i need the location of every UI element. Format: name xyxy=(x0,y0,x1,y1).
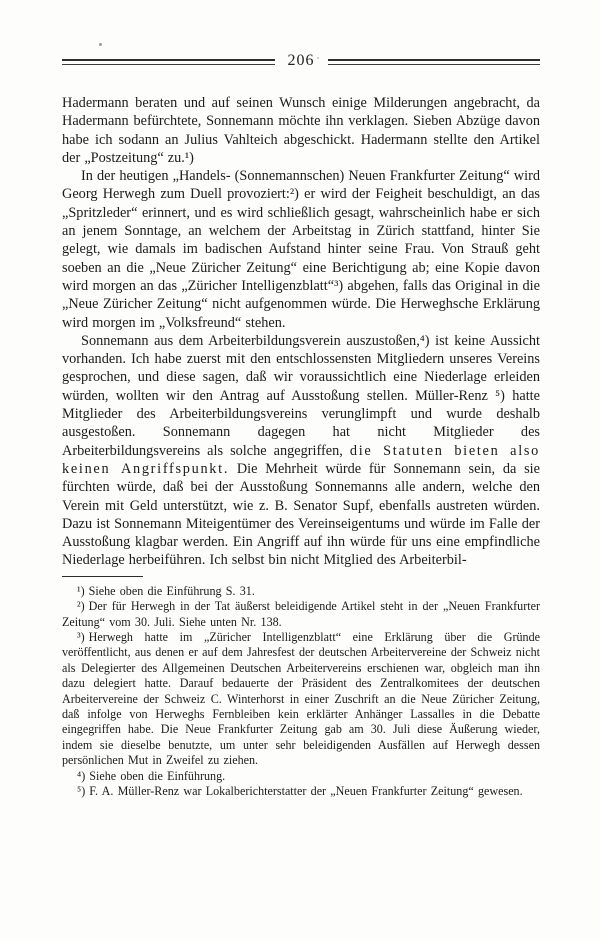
footnote-4-marker: ⁴) xyxy=(77,769,85,783)
footnote-3-marker: ³) xyxy=(77,630,85,644)
footnote-2-marker: ²) xyxy=(77,599,85,613)
footnote-1: ¹)Siehe oben die Einführung S. 31. xyxy=(62,584,540,599)
paragraph-1-text: Hadermann beraten und auf seinen Wunsch … xyxy=(62,95,540,166)
footnote-4-text: Siehe oben die Einführung. xyxy=(89,769,225,783)
book-page: 206 Hadermann beraten und auf seinen Wun… xyxy=(62,0,540,941)
paragraph-2-text: In der heutigen „Handels- (Sonnemannsche… xyxy=(62,168,540,330)
footnote-5-marker: ⁵) xyxy=(77,784,85,798)
header-rule-left xyxy=(62,59,275,65)
paragraph-3: Sonnemann aus dem Arbeiterbildungsverein… xyxy=(62,332,540,570)
footnote-2: ²)Der für Herwegh in der Tat äußerst bel… xyxy=(62,599,540,630)
running-head: 206 xyxy=(62,52,540,70)
footnote-5: ⁵)F. A. Müller-Renz war Lokalberichterst… xyxy=(62,784,540,799)
footnotes-section: ¹)Siehe oben die Einführung S. 31. ²)Der… xyxy=(62,584,540,800)
footnote-separator-rule xyxy=(62,576,143,577)
footnote-5-text: F. A. Müller-Renz war Lokalberichterstat… xyxy=(89,784,522,798)
footnote-3: ³)Herwegh hatte im „Züricher Intelligenz… xyxy=(62,630,540,769)
footnote-3-text: Herwegh hatte im „Züricher Intelligenzbl… xyxy=(62,630,540,767)
paragraph-3-text-post: Die Mehrheit würde für Sonnemann sein, d… xyxy=(62,461,540,568)
footnote-1-marker: ¹) xyxy=(77,584,85,598)
footnote-1-text: Siehe oben die Einführung S. 31. xyxy=(89,584,255,598)
paragraph-1: Hadermann beraten und auf seinen Wunsch … xyxy=(62,94,540,167)
footnote-2-text: Der für Herwegh in der Tat äußerst belei… xyxy=(62,599,540,628)
footnote-4: ⁴)Siehe oben die Einführung. xyxy=(62,769,540,784)
scanned-book-page: { "header": { "page_number": "206" }, "b… xyxy=(0,0,600,941)
paragraph-2: In der heutigen „Handels- (Sonnemannsche… xyxy=(62,167,540,332)
page-number: 206 xyxy=(275,52,328,70)
header-rule-right xyxy=(328,59,541,65)
paragraph-3-text-pre: Sonnemann aus dem Arbeiterbildungsverein… xyxy=(62,333,540,459)
main-text: Hadermann beraten und auf seinen Wunsch … xyxy=(62,94,540,570)
